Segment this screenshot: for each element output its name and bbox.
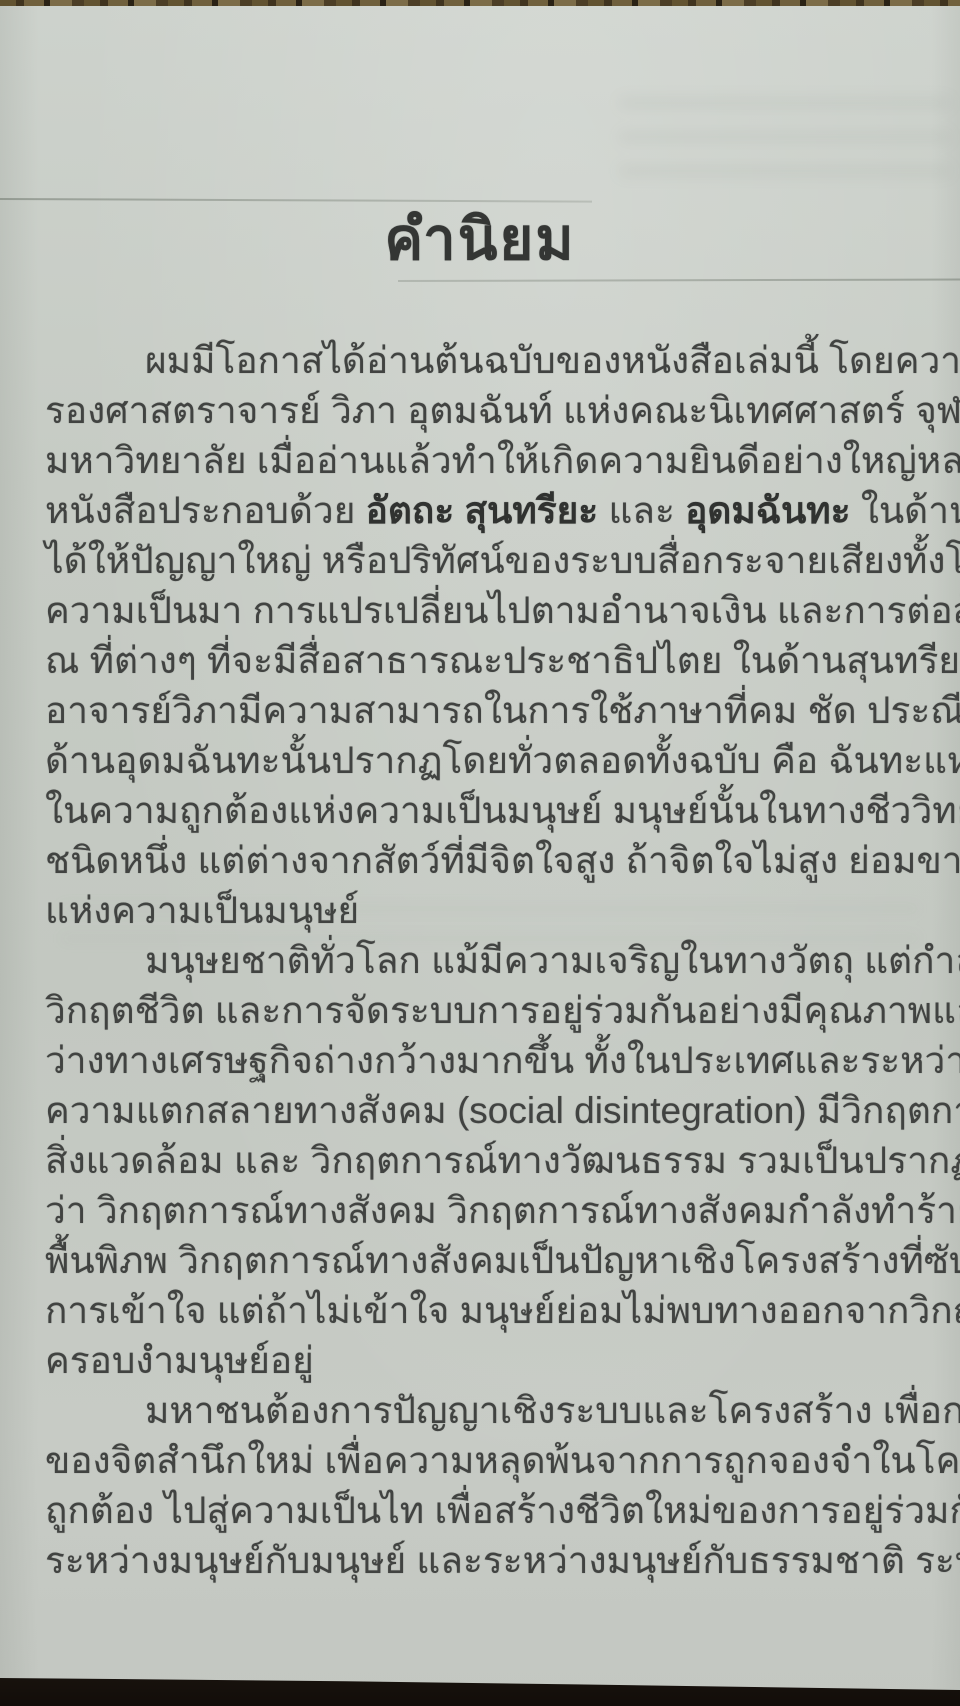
show-through-smudge [620,98,950,194]
bold-text-segment: อัตถะ สุนทรียะ [366,490,599,531]
book-page: คำนิยม ผมมีโอกาสได้อ่านต้นฉบับของหนังสือ… [0,6,960,1706]
text-line: สิ่งแวดล้อม และ วิกฤตการณ์ทางวัฒนธรรม รว… [45,1136,935,1186]
bold-text-segment: อุดมฉันทะ [685,490,850,531]
text-segment: ความเป็นมา การแปรเปลี่ยนไปตามอำนาจเงิน แ… [45,590,960,631]
text-segment: มหาวิทยาลัย เมื่ออ่านแล้วทำให้เกิดความยิ… [45,440,960,481]
text-segment: อาจารย์วิภามีความสามารถในการใช้ภาษาที่คม… [45,690,960,731]
text-line: รองศาสตราจารย์ วิภา อุตมฉันท์ แห่งคณะนิเ… [45,386,935,436]
text-line: หนังสือประกอบด้วย อัตถะ สุนทรียะ และ อุด… [45,486,935,536]
text-line: ณ ที่ต่างๆ ที่จะมีสื่อสาธารณะประชาธิปไตย… [45,636,935,686]
text-segment: ในด้านอัตถะนั้น [851,490,960,531]
text-line: ของจิตสำนึกใหม่ เพื่อความหลุดพ้นจากการถู… [45,1436,935,1486]
text-line: วิกฤตชีวิต และการจัดระบบการอยู่ร่วมกันอย… [45,986,935,1036]
text-line: ระหว่างมนุษย์กับมนุษย์ และระหว่างมนุษย์ก… [45,1536,935,1586]
text-segment: ณ ที่ต่างๆ ที่จะมีสื่อสาธารณะประชาธิปไตย… [45,640,960,681]
text-segment: ด้านอุดมฉันทะนั้นปรากฏโดยทั่วตลอดทั้งฉบั… [45,740,960,781]
text-line: ชนิดหนึ่ง แต่ต่างจากสัตว์ที่มีจิตใจสูง ถ… [45,836,935,886]
text-line: มหาชนต้องการปัญญาเชิงระบบและโครงสร้าง เพ… [45,1386,935,1436]
text-line: ถูกต้อง ไปสู่ความเป็นไท เพื่อสร้างชีวิตใ… [45,1486,935,1536]
text-line: ความเป็นมา การแปรเปลี่ยนไปตามอำนาจเงิน แ… [45,586,935,636]
text-line: ด้านอุดมฉันทะนั้นปรากฏโดยทั่วตลอดทั้งฉบั… [45,736,935,786]
text-line: ความแตกสลายทางสังคม (social disintegrati… [45,1086,935,1136]
text-line: การเข้าใจ แต่ถ้าไม่เข้าใจ มนุษย์ย่อมไม่พ… [45,1286,935,1336]
book-page-photo: คำนิยม ผมมีโอกาสได้อ่านต้นฉบับของหนังสือ… [0,0,960,1706]
text-segment: สิ่งแวดล้อม และ วิกฤตการณ์ทางวัฒนธรรม รว… [45,1140,960,1181]
text-segment: วิกฤตชีวิต และการจัดระบบการอยู่ร่วมกันอย… [45,990,960,1031]
text-line: ในความถูกต้องแห่งความเป็นมนุษย์ มนุษย์นั… [45,786,935,836]
text-segment: ถูกต้อง ไปสู่ความเป็นไท เพื่อสร้างชีวิตใ… [45,1490,960,1531]
text-segment: ของจิตสำนึกใหม่ เพื่อความหลุดพ้นจากการถู… [45,1440,960,1481]
text-segment: ได้ให้ปัญญาใหญ่ หรือปริทัศน์ของระบบสื่อก… [45,540,960,581]
text-segment: การเข้าใจ แต่ถ้าไม่เข้าใจ มนุษย์ย่อมไม่พ… [45,1290,960,1331]
text-line: แห่งความเป็นมนุษย์ [45,886,935,936]
text-segment: และ [598,490,685,531]
text-line: ครอบงำมนุษย์อยู่ [45,1336,935,1386]
text-segment: ผมมีโอกาสได้อ่านต้นฉบับของหนังสือเล่มนี้… [145,340,960,381]
text-segment: ระหว่างมนุษย์กับมนุษย์ และระหว่างมนุษย์ก… [45,1540,960,1581]
text-segment: หนังสือประกอบด้วย [45,490,366,531]
text-segment: ครอบงำมนุษย์อยู่ [45,1340,314,1381]
text-line: มหาวิทยาลัย เมื่ออ่านแล้วทำให้เกิดความยิ… [45,436,935,486]
text-segment: ความแตกสลายทางสังคม (social disintegrati… [45,1090,960,1131]
text-segment: แห่งความเป็นมนุษย์ [45,890,359,931]
text-line: มนุษยชาติทั่วโลก แม้มีความเจริญในทางวัตถ… [45,936,935,986]
text-line: พื้นพิภพ วิกฤตการณ์ทางสังคมเป็นปัญหาเชิง… [45,1236,935,1286]
text-segment: พื้นพิภพ วิกฤตการณ์ทางสังคมเป็นปัญหาเชิง… [45,1240,960,1281]
text-segment: ชนิดหนึ่ง แต่ต่างจากสัตว์ที่มีจิตใจสูง ถ… [45,840,960,881]
text-line: ผมมีโอกาสได้อ่านต้นฉบับของหนังสือเล่มนี้… [45,336,935,386]
text-line: อาจารย์วิภามีความสามารถในการใช้ภาษาที่คม… [45,686,935,736]
text-line: ว่างทางเศรษฐกิจถ่างกว้างมากขึ้น ทั้งในปร… [45,1036,935,1086]
text-line: ว่า วิกฤตการณ์ทางสังคม วิกฤตการณ์ทางสังค… [45,1186,935,1236]
text-segment: ว่า วิกฤตการณ์ทางสังคม วิกฤตการณ์ทางสังค… [45,1190,960,1231]
text-segment: มหาชนต้องการปัญญาเชิงระบบและโครงสร้าง เพ… [145,1390,960,1431]
text-segment: รองศาสตราจารย์ วิภา อุตมฉันท์ แห่งคณะนิเ… [45,390,960,431]
text-line: ได้ให้ปัญญาใหญ่ หรือปริทัศน์ของระบบสื่อก… [45,536,935,586]
page-title: คำนิยม [0,192,960,285]
text-segment: ในความถูกต้องแห่งความเป็นมนุษย์ มนุษย์นั… [45,790,960,831]
text-segment: มนุษยชาติทั่วโลก แม้มีความเจริญในทางวัตถ… [145,940,960,981]
text-segment: ว่างทางเศรษฐกิจถ่างกว้างมากขึ้น ทั้งในปร… [45,1040,960,1081]
page-body: ผมมีโอกาสได้อ่านต้นฉบับของหนังสือเล่มนี้… [45,336,935,1586]
